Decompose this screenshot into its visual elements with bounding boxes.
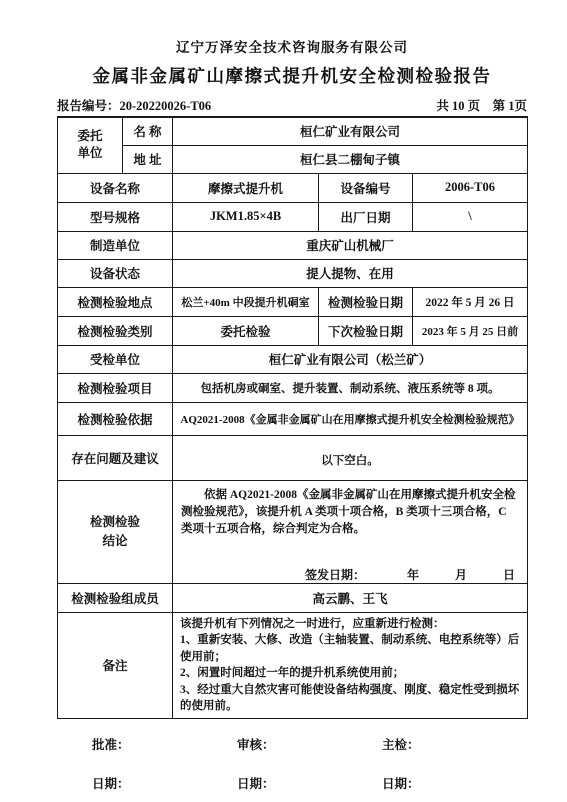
page-indicator: 共 10 页 第 1页 (436, 96, 527, 114)
device-name-value: 摩擦式提升机 (173, 173, 319, 202)
issues-text: 以下空白。 (175, 452, 525, 468)
next-date-value: 2023 年 5 月 25 日前 (413, 316, 528, 345)
company-name: 辽宁万泽安全技术咨询服务有限公司 (57, 0, 527, 56)
issues-value: 以下空白。 (173, 435, 528, 480)
inspect-basis-label: 检测检验依据 (58, 402, 173, 435)
inspect-type-label: 检测检验类别 (58, 316, 173, 345)
approve-label: 批准： (92, 735, 237, 753)
row-remark: 备注 该提升机有下列情况之一时进行，应重新进行检测： 1、重新安装、大修、改造（… (58, 612, 528, 718)
row-model: 型号规格 JKM1.85×4B 出厂日期 \ (58, 202, 528, 231)
next-date-label: 下次检验日期 (319, 316, 413, 345)
sign-date-line: 签发日期： 年 月 日 (175, 566, 515, 583)
client-unit-label: 委托单位 (77, 128, 104, 162)
report-table: 委托单位 名 称 桓仁矿业有限公司 地 址 桓仁县二棚甸子镇 设备名称 摩擦式提… (57, 116, 528, 719)
report-number: 报告编号：20-20220026-T06 (57, 96, 211, 114)
report-title: 金属非金属矿山摩擦式提升机安全检测检验报告 (57, 63, 527, 88)
report-number-label: 报告编号： (57, 99, 120, 113)
review-date-label: 日期： (237, 774, 382, 792)
status-value: 提人提物、在用 (173, 259, 528, 287)
row-client-address: 地 址 桓仁县二棚甸子镇 (58, 145, 528, 173)
approve-date-label: 日期： (92, 774, 237, 792)
device-name-label: 设备名称 (58, 173, 173, 202)
row-basis: 检测检验依据 AQ2021-2008《金属非金属矿山在用摩擦式提升机安全检测检验… (58, 402, 528, 435)
client-unit-label-cell: 委托单位 (58, 117, 123, 173)
maker-label: 制造单位 (58, 231, 173, 259)
row-inspected-unit: 受检单位 桓仁矿业有限公司（松兰矿） (58, 345, 528, 373)
inspect-items-value: 包括机房或硐室、提升装置、制动系统、液压系统等 8 项。 (173, 373, 528, 402)
report-number-value: 20-20220026-T06 (120, 99, 212, 113)
inspect-place-value: 松兰+40m 中段提升机硐室 (173, 287, 319, 316)
report-page: { "header": { "company": "辽宁万泽安全技术咨询服务有限… (0, 0, 567, 802)
inspected-unit-label: 受检单位 (58, 345, 173, 373)
inspect-type-value: 委托检验 (173, 316, 319, 345)
row-items: 检测检验项目 包括机房或硐室、提升装置、制动系统、液压系统等 8 项。 (58, 373, 528, 402)
client-address-label: 地 址 (123, 145, 173, 173)
device-no-value: 2006-T06 (413, 173, 528, 202)
model-label: 型号规格 (58, 202, 173, 231)
device-no-label: 设备编号 (319, 173, 413, 202)
inspect-date-label: 检测检验日期 (319, 287, 413, 316)
remark-cell: 该提升机有下列情况之一时进行，应重新进行检测： 1、重新安装、大修、改造（主轴装… (173, 612, 528, 718)
model-value: JKM1.85×4B (173, 202, 319, 231)
conclusion-label: 检测检验结论 (88, 513, 142, 551)
row-client-name: 委托单位 名 称 桓仁矿业有限公司 (58, 117, 528, 145)
row-device: 设备名称 摩擦式提升机 设备编号 2006-T06 (58, 173, 528, 202)
factory-date-value: \ (413, 202, 528, 231)
signature-footer: 批准： 审核： 主检： 日期： 日期： 日期： (57, 735, 527, 792)
review-label: 审核： (237, 735, 382, 753)
row-maker: 制造单位 重庆矿山机械厂 (58, 231, 528, 259)
client-name-value: 桓仁矿业有限公司 (173, 117, 528, 145)
factory-date-label: 出厂日期 (319, 202, 413, 231)
inspect-date-value: 2022 年 5 月 26 日 (413, 287, 528, 316)
members-value: 高云鹏、王飞 (173, 583, 528, 612)
row-issues: 存在问题及建议 以下空白。 (58, 435, 528, 480)
members-label: 检测检验组成员 (58, 583, 173, 612)
inspect-place-label: 检测检验地点 (58, 287, 173, 316)
signature-row: 批准： 审核： 主检： (57, 735, 527, 753)
client-address-value: 桓仁县二棚甸子镇 (173, 145, 528, 173)
row-members: 检测检验组成员 高云鹏、王飞 (58, 583, 528, 612)
remark-label: 备注 (58, 612, 173, 718)
row-place: 检测检验地点 松兰+40m 中段提升机硐室 检测检验日期 2022 年 5 月 … (58, 287, 528, 316)
chief-date-label: 日期： (382, 774, 527, 792)
inspect-basis-value: AQ2021-2008《金属非金属矿山在用摩擦式提升机安全检测检验规范》 (173, 402, 528, 435)
row-type: 检测检验类别 委托检验 下次检验日期 2023 年 5 月 25 日前 (58, 316, 528, 345)
client-name-label: 名 称 (123, 117, 173, 145)
issues-label: 存在问题及建议 (58, 435, 173, 480)
chief-inspector-label: 主检： (382, 735, 527, 753)
row-status: 设备状态 提人提物、在用 (58, 259, 528, 287)
report-meta-line: 报告编号：20-20220026-T06 共 10 页 第 1页 (57, 96, 527, 114)
date-row: 日期： 日期： 日期： (57, 774, 527, 792)
inspected-unit-value: 桓仁矿业有限公司（松兰矿） (173, 345, 528, 373)
conclusion-paragraph: 依据 AQ2021-2008《金属非金属矿山在用摩擦式提升机安全检测检验规范》，… (181, 487, 519, 538)
row-conclusion: 检测检验结论 依据 AQ2021-2008《金属非金属矿山在用摩擦式提升机安全检… (58, 480, 528, 583)
conclusion-cell: 依据 AQ2021-2008《金属非金属矿山在用摩擦式提升机安全检测检验规范》，… (173, 480, 528, 583)
maker-value: 重庆矿山机械厂 (173, 231, 528, 259)
conclusion-label-cell: 检测检验结论 (58, 480, 173, 583)
status-label: 设备状态 (58, 259, 173, 287)
inspect-items-label: 检测检验项目 (58, 373, 173, 402)
remark-text: 该提升机有下列情况之一时进行，应重新进行检测： 1、重新安装、大修、改造（主轴装… (180, 616, 520, 715)
